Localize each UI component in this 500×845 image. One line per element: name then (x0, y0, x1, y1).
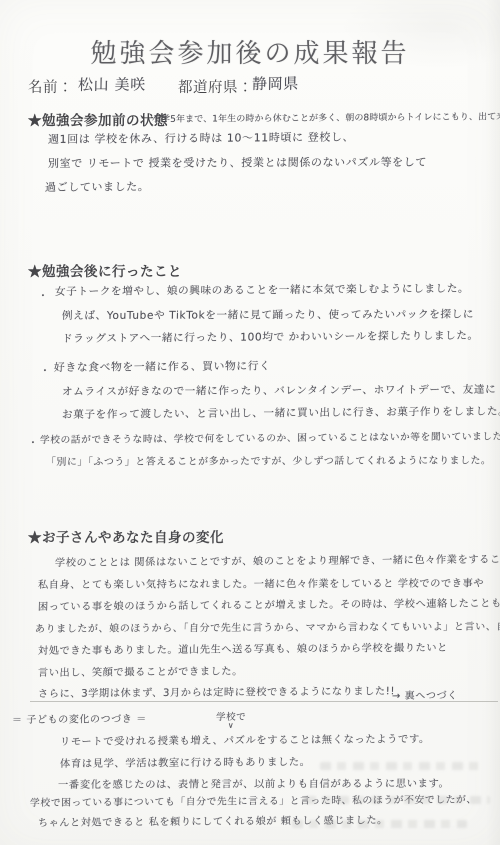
handwritten-line: リモートで受けれる授業も増え、パズルをすることは無くなったようです。 (60, 730, 430, 748)
section-heading-actions: ★勉強会後に行ったこと (28, 260, 182, 280)
section-heading-changes: ★お子さんやあなた自身の変化 (28, 526, 224, 546)
handwritten-line: 女子トークを増やし、娘の興味のあることを一緒に本気で楽しむようにしました。 (55, 281, 469, 299)
handwritten-line: 別室で リモートで 授業を受けたり、授業とは関係のないパズル等をして (48, 154, 427, 171)
name-label: 名前： (28, 76, 73, 97)
bullet-marker: ・ (28, 434, 39, 449)
bullet-marker: ・ (40, 362, 51, 377)
page-showthrough (305, 796, 490, 804)
bullet-marker: ・ (38, 287, 49, 302)
handwritten-line: ドラッグストアへ一緒に行ったり、100均で かわいいシールを探したりしました。 (62, 328, 479, 346)
handwritten-line: 体育は見学、学活は教室に行ける時もありました。 (60, 753, 311, 770)
handwritten-line: 学校のこととは 関係はないことですが、娘のことをより理解でき、一緒に色々作業をす… (55, 550, 500, 569)
insertion-note: 学校で ∨ (216, 709, 247, 729)
page-showthrough (320, 762, 485, 770)
scanned-report-page: 勉強会参加後の成果報告 名前： 松山 美咲 都道府県： 静岡県 ★勉強会参加前の… (0, 0, 500, 845)
line-segment: リモートで受けれる授業も増え、 (60, 735, 224, 748)
handwritten-line: 過ごしていました。 (45, 178, 150, 195)
handwritten-line: ありましたが、娘のほうから、「自分で先生に言うから、ママから言わなくてもいいよ」… (35, 617, 500, 635)
line-segment: パズルをすることは無くなったようです。 (224, 733, 430, 747)
handwritten-line: 対処できた事もありました。道山先生へ送る写真も、娘のほうから学校を撮りたいと (38, 639, 448, 657)
page-title: 勉強会参加後の成果報告 (0, 33, 500, 70)
handwritten-note-inline: 小学5年まで、1年生の時から休むことが多く、朝の8時頃からトイレにこもり、出て来… (152, 109, 500, 125)
handwritten-line: 言い出し、笑顔で撮ることができました。 (38, 662, 243, 679)
continued-on-back-note: → 裏へつづく (392, 686, 458, 702)
handwritten-line: 困っている事を娘のほうから話してくれることが増えました。その時は、学校へ連絡した… (38, 594, 500, 613)
handwritten-line: 好きな食べ物を一緒に作る、買い物に行く (54, 358, 271, 375)
handwritten-line: お菓子を作って渡したい、と言い出し、一緒に買い出しに行き、お菓子作りをしました。 (62, 403, 500, 422)
handwritten-line: 例えば、YouTubeや TikTokを一緒に見て踊ったり、使ってみたいパックを… (62, 307, 474, 323)
handwritten-line: 一番変化を感じたのは、表情と発言が、以前よりも自信があるように思います。 (58, 775, 450, 791)
insertion-caret-icon: ∨ (216, 723, 246, 729)
divider (30, 701, 498, 702)
name-value: 松山 美咲 (78, 73, 146, 95)
handwritten-line: 週1回は 学校を休み、行ける時は 10～11時頃に 登校し、 (48, 129, 354, 147)
continuation-label: ＝ 子どもの変化のつづき ＝ (12, 710, 147, 726)
page-showthrough (292, 820, 467, 828)
handwritten-line: 学校の話ができそうな時は、学校で何をしているのか、困っていることはないか等を聞い… (40, 428, 500, 446)
prefecture-value: 静岡県 (252, 73, 299, 94)
handwritten-line: オムライスが好きなので一緒に作ったり、バレンタインデー、ホワイトデーで、友達に (62, 382, 497, 399)
prefecture-label: 都道府県： (178, 76, 253, 97)
handwritten-line: 私自身、とても楽しい気持ちになれました。一緒に色々作業をしていると 学校でのでき… (38, 574, 484, 591)
handwritten-line: 「別に」「ふつう」と答えることが多かったですが、少しずつ話してくれるようになりま… (46, 452, 492, 468)
section-heading-before: ★勉強会参加前の状態 (28, 109, 168, 129)
handwritten-line: さらに、3学期は休まず、3月からは定時に登校できるようになりました!! (38, 682, 395, 700)
